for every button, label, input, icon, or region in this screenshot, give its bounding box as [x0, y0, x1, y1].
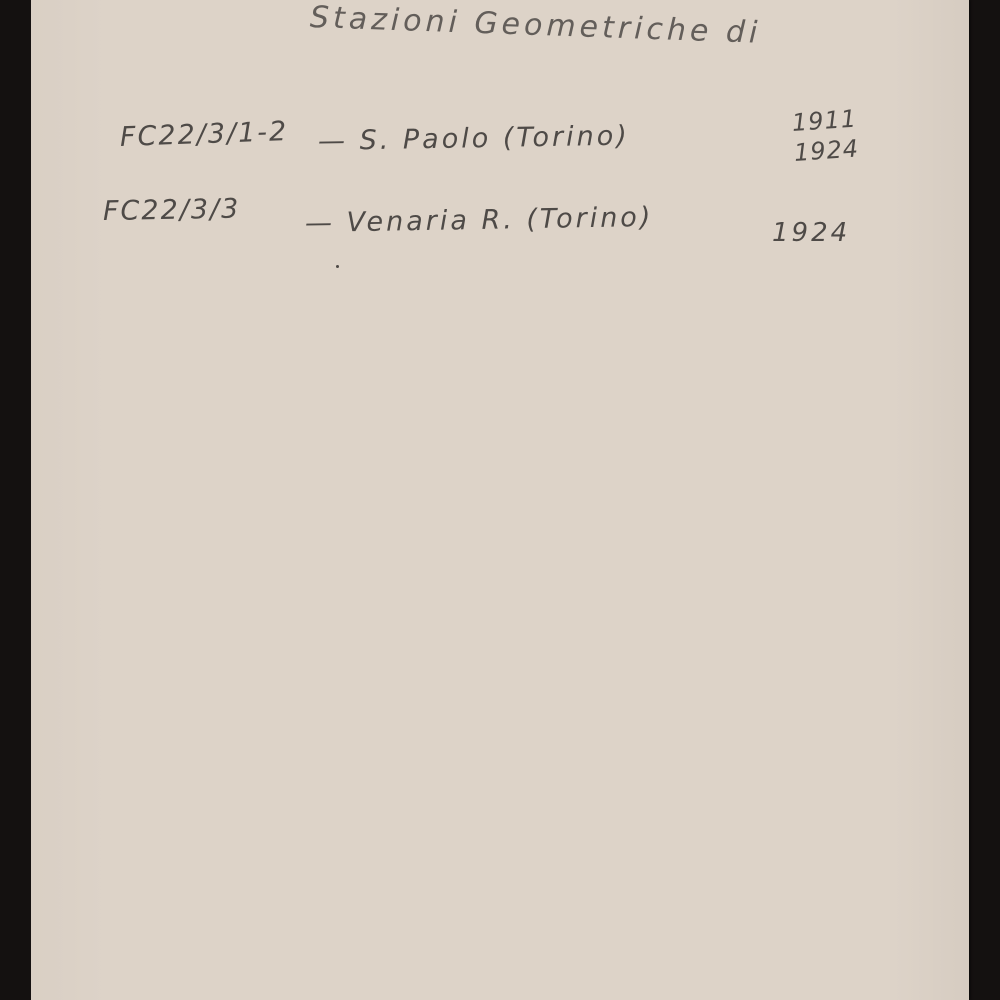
scan-frame: Stazioni Geometriche di FC22/3/1-2 — S. …	[0, 0, 1000, 1000]
entry-1-year-start: 1911	[791, 104, 858, 138]
entry-1-year-end: 1924	[793, 133, 860, 167]
entry-2-year: 1924	[772, 218, 850, 248]
entry-2-reference: FC22/3/3	[103, 194, 241, 227]
entry-1-place: — S. Paolo (Torino)	[318, 121, 630, 157]
pencil-dot-mark	[336, 265, 339, 268]
entry-1-place-name: S. Paolo (Torino)	[359, 121, 630, 157]
entry-1-separator: —	[318, 125, 349, 157]
entry-2-place-name: Venaria R. (Torino)	[346, 202, 653, 238]
entry-1-years: 1911 1924	[791, 104, 860, 168]
entry-2-separator: —	[305, 207, 336, 239]
entry-1-reference: FC22/3/1-2	[119, 116, 288, 153]
entry-2-place: — Venaria R. (Torino)	[305, 202, 654, 239]
